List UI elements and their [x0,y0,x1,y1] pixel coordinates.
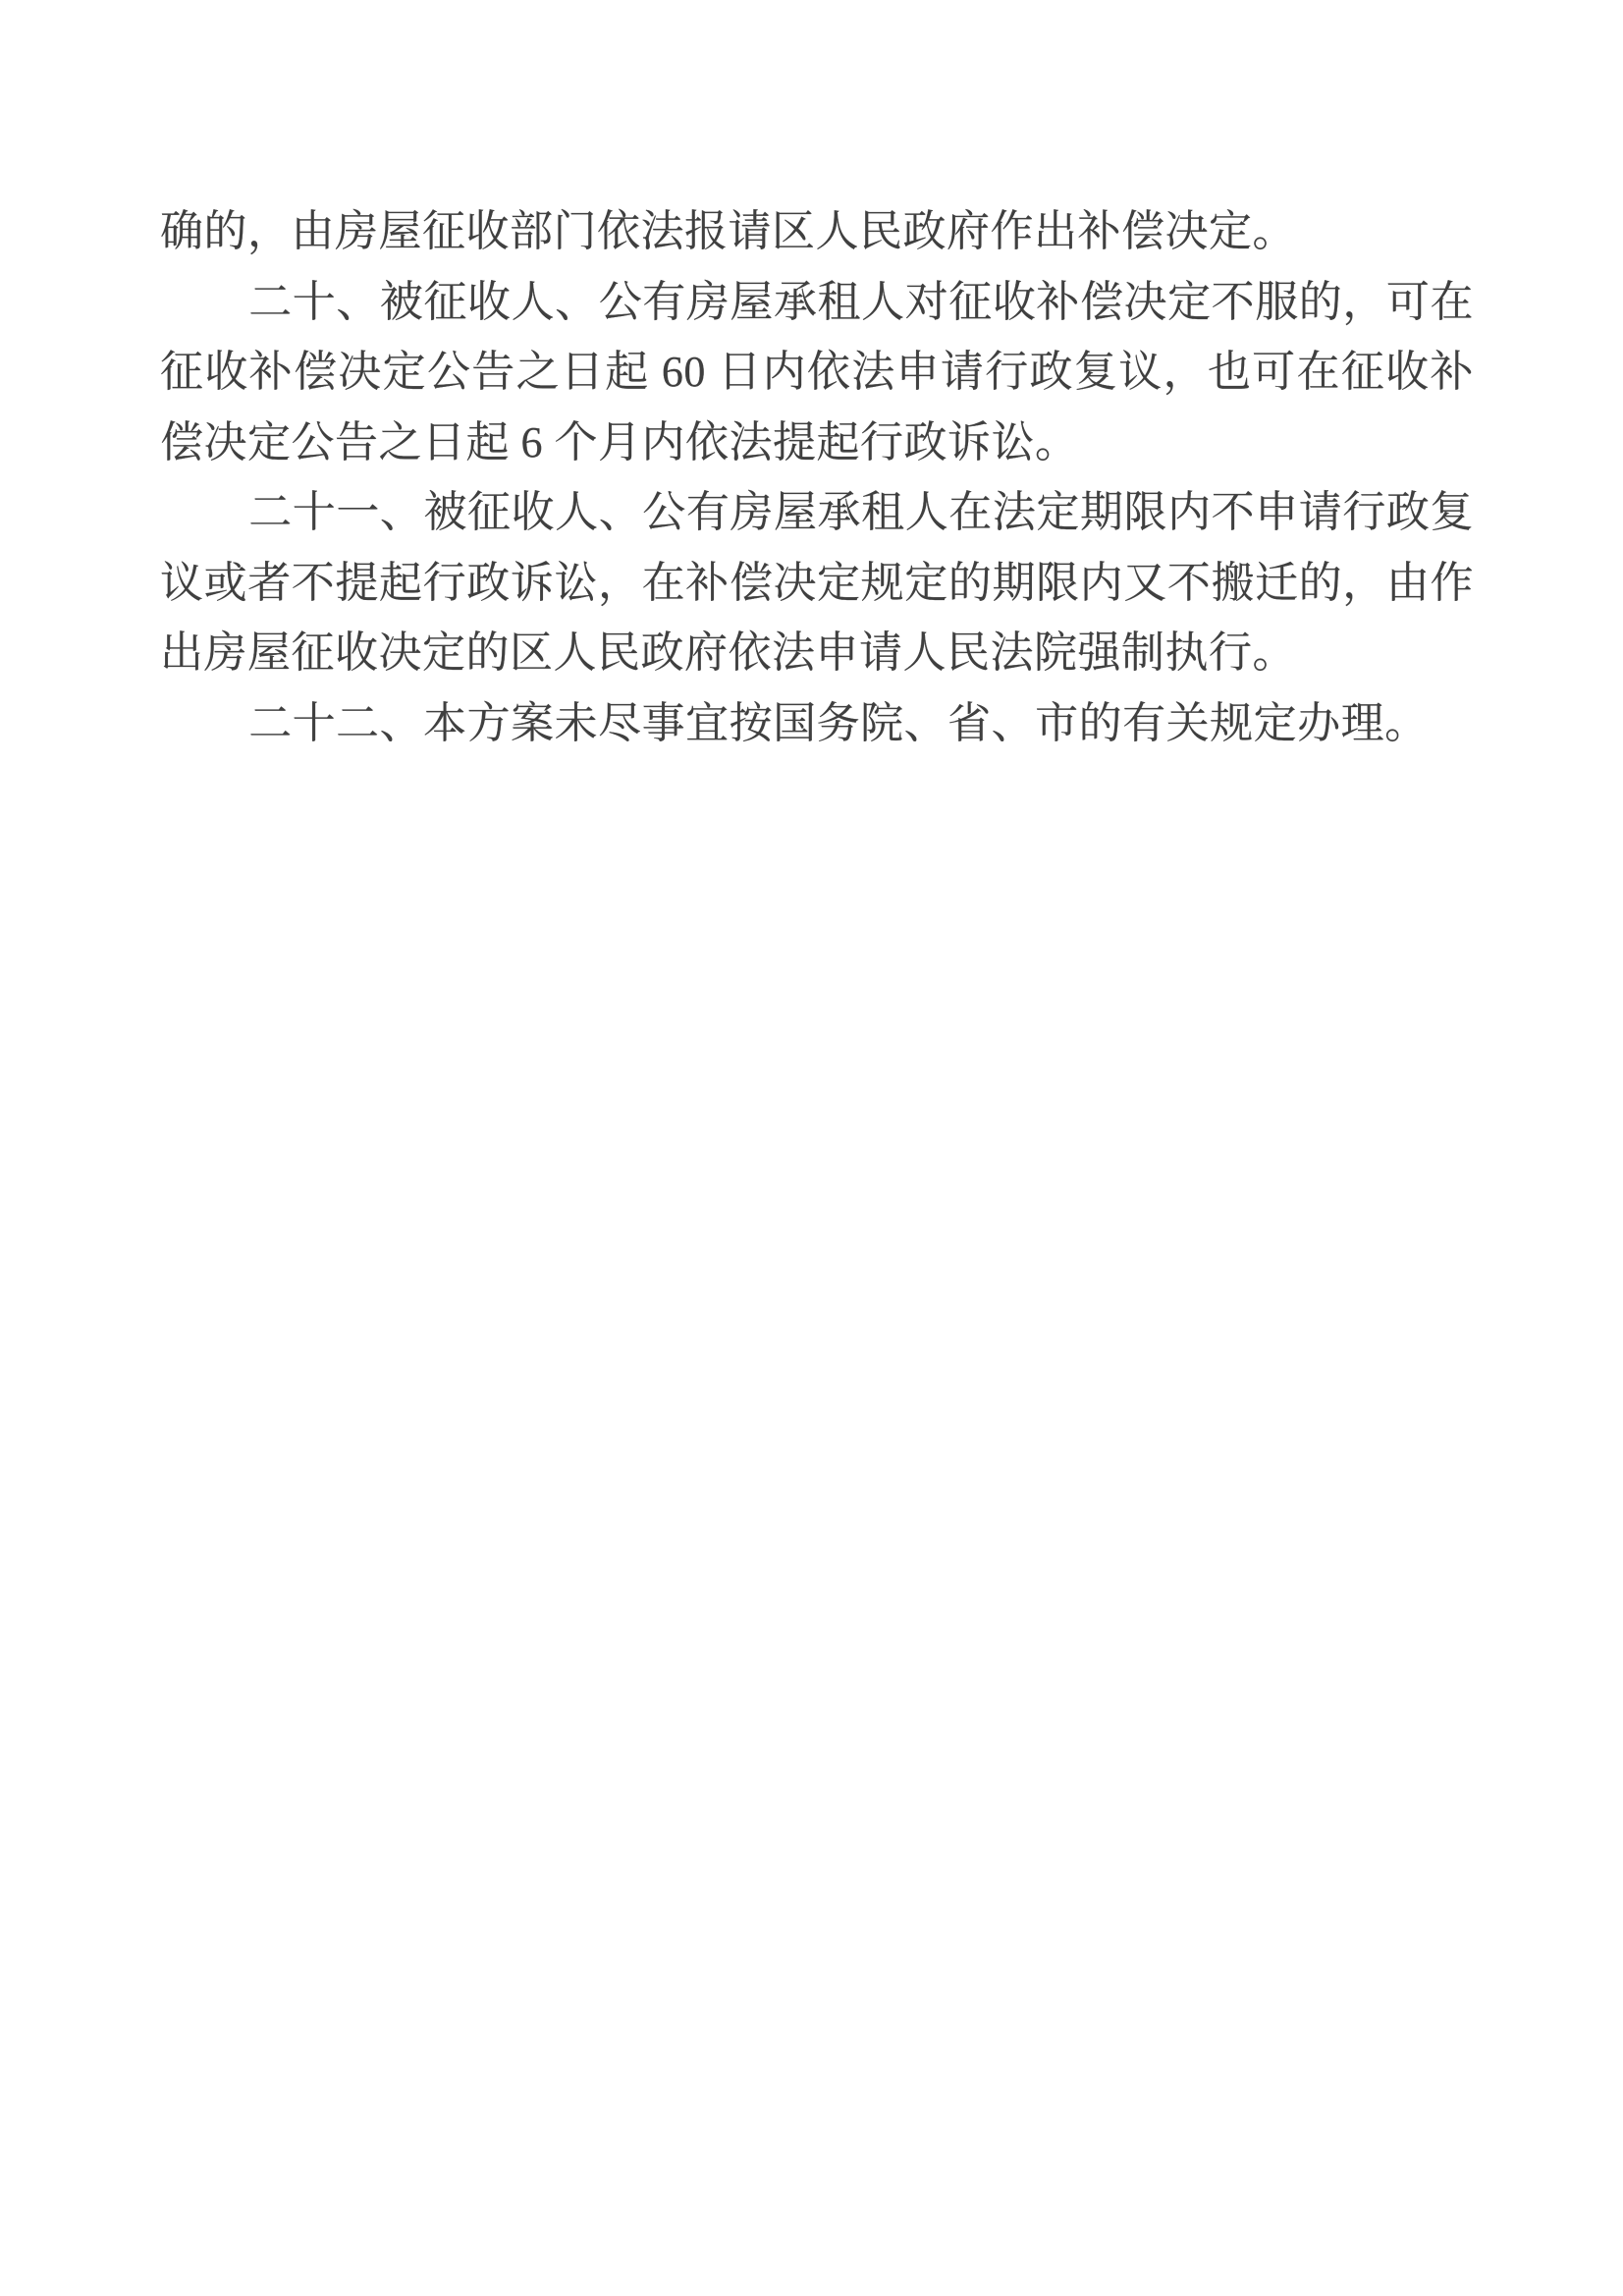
paragraph-article-22: 二十二、本方案未尽事宜按国务院、省、市的有关规定办理。 [160,688,1474,759]
document-page: 确的，由房屋征收部门依法报请区人民政府作出补偿决定。 二十、被征收人、公有房屋承… [0,0,1623,2296]
paragraph-article-21: 二十一、被征收人、公有房屋承租人在法定期限内不申请行政复议或者不提起行政诉讼，在… [160,477,1474,688]
paragraph-continuation: 确的，由房屋征收部门依法报请区人民政府作出补偿决定。 [160,196,1474,267]
document-text-block: 确的，由房屋征收部门依法报请区人民政府作出补偿决定。 二十、被征收人、公有房屋承… [160,196,1474,758]
paragraph-article-20: 二十、被征收人、公有房屋承租人对征收补偿决定不服的，可在征收补偿决定公告之日起 … [160,267,1474,478]
